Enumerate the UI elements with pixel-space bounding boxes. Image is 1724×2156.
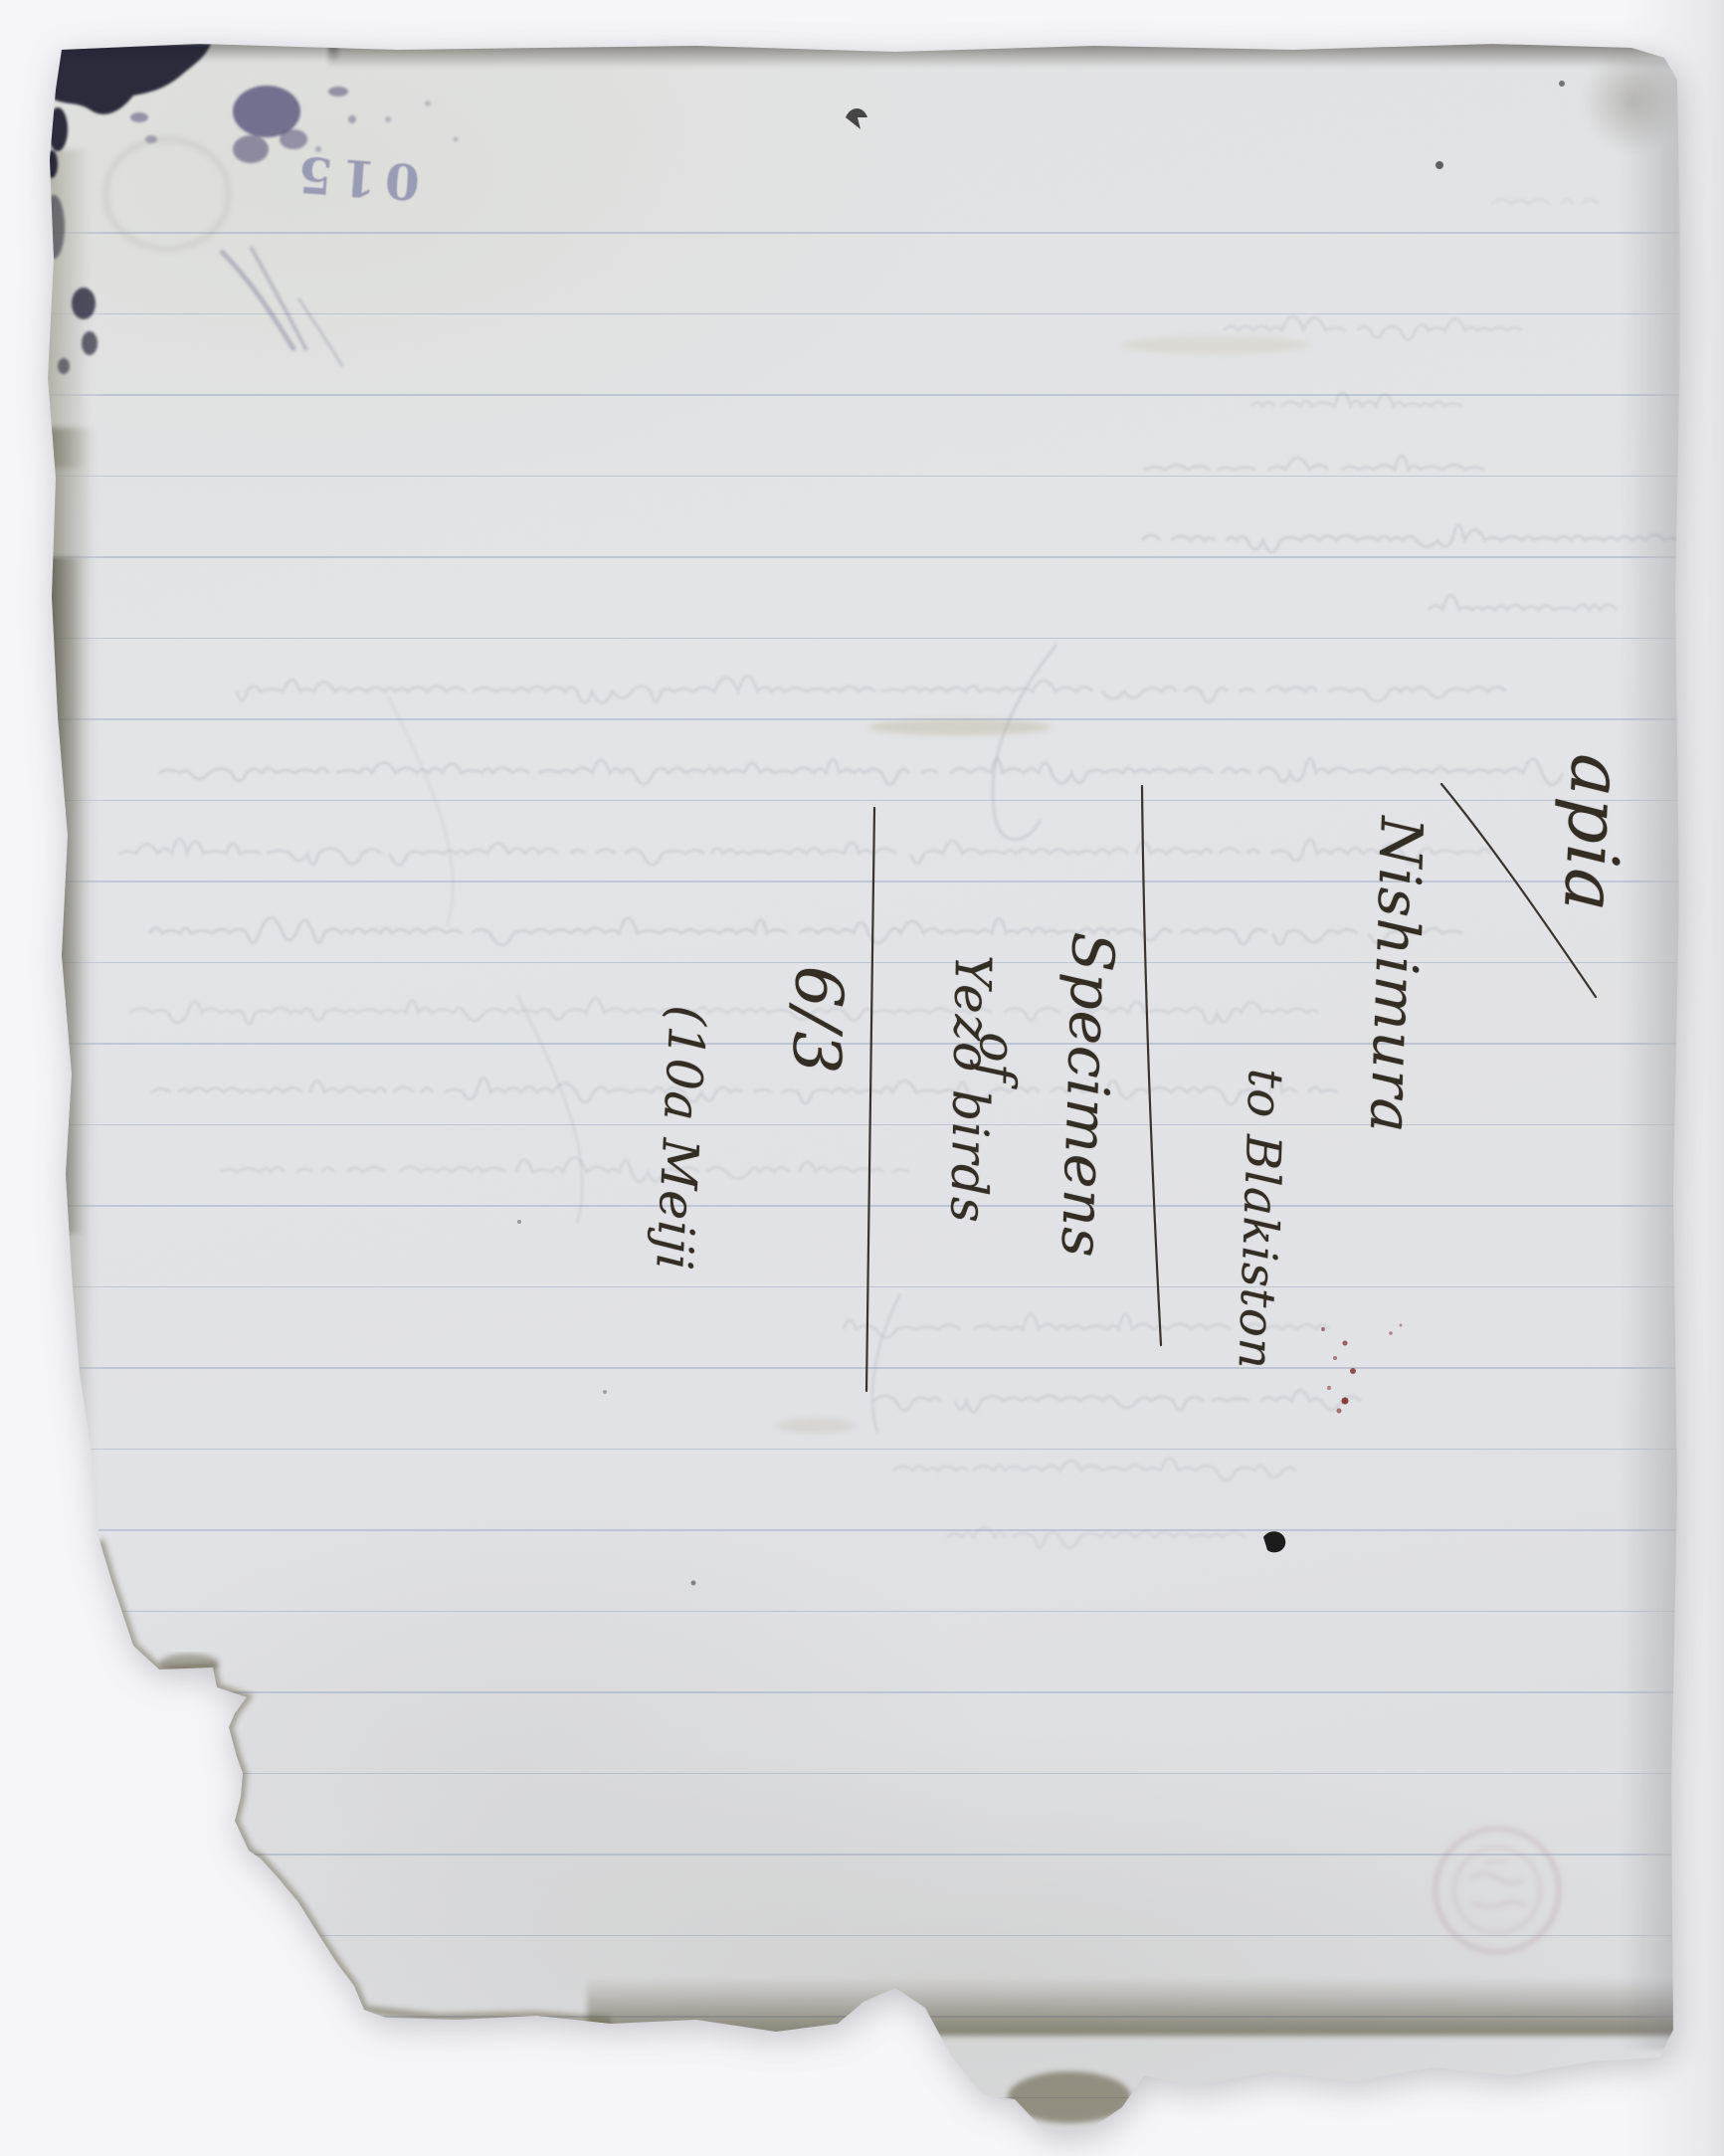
docket-line-subject-1: Specimens: [1054, 931, 1122, 1259]
bleedthrough-line: [151, 1077, 1338, 1104]
bleedthrough-flourish: [388, 696, 453, 925]
bleedthrough-line: [1492, 199, 1599, 204]
bleedthrough-handwriting: [119, 199, 1704, 1547]
bleedthrough-line: [873, 1390, 1361, 1412]
ruled-line: [40, 1529, 1698, 1531]
paper-grain-texture: [40, 40, 1691, 2139]
red-ink-specks: [1321, 1324, 1403, 1414]
ruled-line: [40, 556, 1698, 558]
docket-line-sender: Nishimura: [1362, 816, 1431, 1134]
bleedthrough-line: [159, 758, 1563, 785]
docket-line-subject-3: Yezo birds: [943, 954, 998, 1224]
ruled-line: [40, 2097, 1698, 2099]
ruled-line: [40, 1367, 1698, 1369]
docket-line-annotation: apia: [1554, 752, 1633, 914]
ruled-line: [40, 313, 1698, 315]
ruled-line: [40, 1449, 1698, 1451]
bleedthrough-line: [1251, 393, 1462, 407]
ruled-line: [40, 1124, 1698, 1126]
purple-ink-smudge: [130, 86, 458, 366]
docket-rule-1: [1142, 786, 1161, 1345]
tear-edge-grime: [99, 1540, 611, 2022]
ruled-line: [40, 232, 1698, 234]
docket-rule-2: [866, 808, 874, 1391]
ruled-line: [40, 638, 1698, 640]
top-edge-grime: [328, 42, 1677, 68]
left-edge-grime: [44, 428, 96, 1691]
scanned-document: apia Nishimura to Blakiston Specimens of…: [0, 0, 1724, 2156]
bleedthrough-line: [1142, 525, 1704, 552]
bottom-flap-grime: [1008, 2071, 1131, 2123]
bleedthrough-line: [1224, 316, 1528, 339]
bleedthrough-line: [129, 999, 1318, 1025]
ruled-line: [40, 962, 1698, 964]
bleedthrough-flourish: [993, 645, 1056, 840]
paper-shadow: apia Nishimura to Blakiston Specimens of…: [0, 0, 1724, 2156]
archive-number-stamp: 015: [308, 145, 422, 211]
bleedthrough-flourish: [872, 1293, 900, 1433]
bleedthrough-line: [149, 917, 1462, 945]
ruled-line: [40, 881, 1698, 882]
ruled-line: [40, 1691, 1698, 1693]
bleedthrough-line: [1144, 456, 1484, 470]
bleedthrough-flourish: [517, 995, 582, 1224]
paper-sheet: apia Nishimura to Blakiston Specimens of…: [0, 0, 1724, 2156]
docket-line-date-era: (10a Meiji: [649, 1004, 712, 1272]
ruled-line: [40, 800, 1698, 802]
ruled-line: [40, 1205, 1698, 1207]
docket-line-date: 6/3: [782, 965, 852, 1076]
embossed-oval-stamp: [105, 139, 229, 249]
ruled-line: [40, 1935, 1698, 1937]
ruled-line: [40, 1773, 1698, 1775]
top-left-edge-grime: [40, 42, 338, 62]
ruled-line: [40, 718, 1698, 720]
left-edge-grime-dark: [46, 557, 86, 1234]
bleedthrough-line: [237, 676, 1505, 702]
right-edge-shadow: [1622, 60, 1681, 2050]
ruled-line: [40, 2016, 1698, 2018]
ruled-line: [40, 1286, 1698, 1288]
marks-layer: [0, 0, 1724, 2156]
ruled-line: [40, 1854, 1698, 1856]
bleedthrough-line: [221, 1157, 922, 1182]
docket-line-recipient: to Blakiston: [1231, 1068, 1289, 1370]
ruled-line: [40, 1043, 1698, 1045]
left-edge-grime-upper: [44, 149, 90, 468]
ruled-line: [40, 476, 1698, 478]
tear-notch-grime: [159, 1654, 219, 1673]
bleedthrough-line: [119, 839, 1491, 866]
bleedthrough-line: [947, 1527, 1245, 1547]
circular-seal: [1436, 1829, 1559, 1952]
ruled-line: [40, 1611, 1698, 1613]
top-right-corner-wear: [1582, 46, 1681, 155]
bleedthrough-line: [893, 1458, 1295, 1480]
bottom-edge-grime: [587, 1978, 1681, 2036]
bleedthrough-line: [1429, 595, 1617, 610]
ruled-line: [40, 394, 1698, 396]
ink-blot: [43, 44, 211, 374]
